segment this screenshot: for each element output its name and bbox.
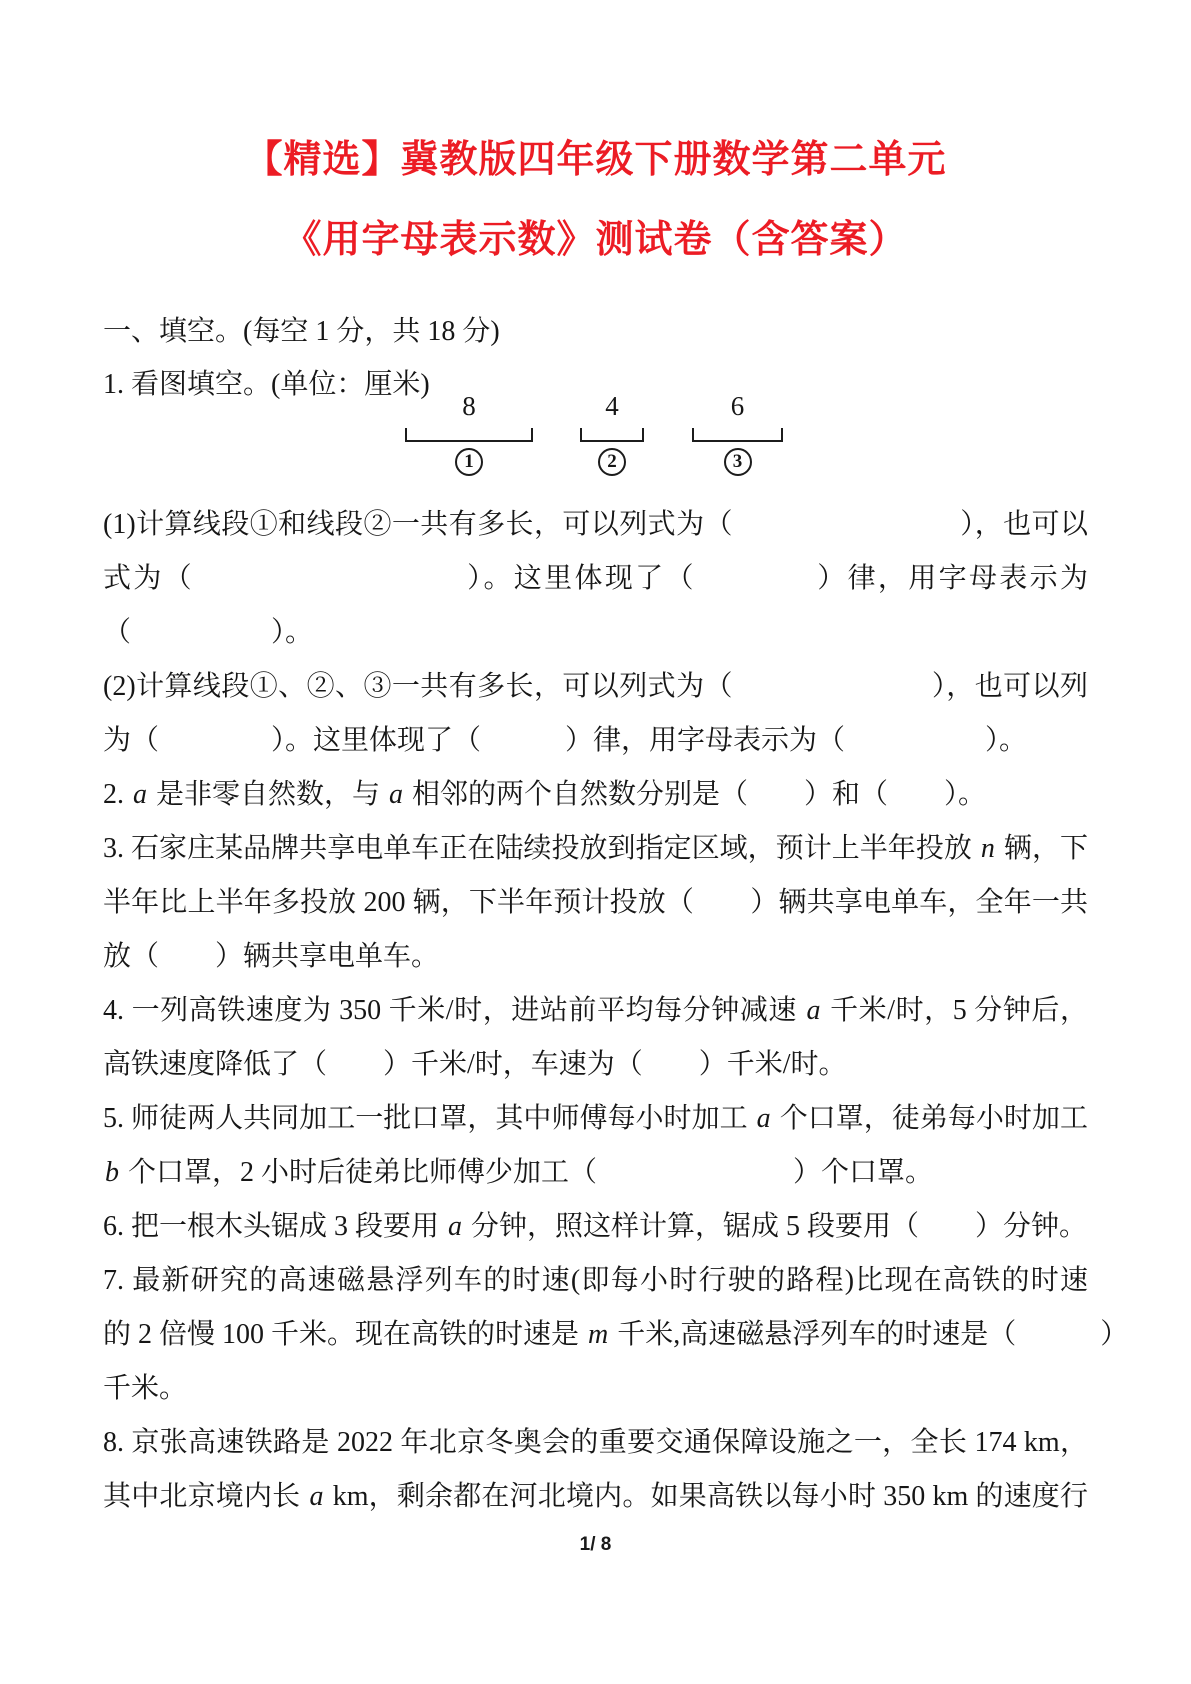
text-line: 式为（ ）。这里体现了（ ）律，用字母表示为 [103,552,1088,606]
segment-2-bracket [580,428,644,442]
variable-letter: n [979,833,997,864]
text-line: 放（ ）辆共享电单车。 [103,930,1088,984]
variable-letter: a [805,995,823,1026]
text-line: 千米。 [103,1362,1088,1416]
segment-2-length: 4 [580,390,644,422]
question-lines: (1)计算线段①和线段②一共有多长，可以列式为（ ），也可以列式为（ ）。这里体… [103,498,1088,1524]
segment-2: 4 2 [580,390,644,490]
text-line: 6. 把一根木头锯成 3 段要用 a 分钟，照这样计算，锯成 5 段要用（ ）分… [103,1200,1088,1254]
segment-1-length: 8 [405,390,533,422]
variable-letter: a [387,779,405,810]
variable-letter: a [446,1211,464,1242]
segment-1: 8 1 [405,390,533,490]
variable-letter: a [308,1481,326,1512]
page-number: 1/ 8 [0,1534,1191,1556]
text-line: 半年比上半年多投放 200 辆，下半年预计投放（ ）辆共享电单车，全年一共投 [103,876,1088,930]
segment-3-bracket [692,428,783,442]
variable-letter: m [586,1319,610,1350]
segment-diagram: 8 1 4 2 6 3 [0,390,1191,490]
segment-1-bracket [405,428,533,442]
variable-letter: b [103,1157,121,1188]
text-line: 4. 一列高铁速度为 350 千米/时，进站前平均每分钟减速 a 千米/时，5 … [103,984,1088,1038]
segment-3: 6 3 [692,390,783,490]
segment-3-circled-number: 3 [724,448,752,476]
test-paper-page: 【精选】冀教版四年级下册数学第二单元 《用字母表示数》测试卷（含答案） 一、填空… [0,0,1191,1684]
text-line: 3. 石家庄某品牌共享电单车正在陆续投放到指定区域，预计上半年投放 n 辆，下 [103,822,1088,876]
segment-1-circled-number: 1 [455,448,483,476]
paper-title-line-2: 《用字母表示数》测试卷（含答案） [0,208,1191,263]
text-line: 2. a 是非零自然数，与 a 相邻的两个自然数分别是（ ）和（ ）。 [103,768,1088,822]
text-line: 的 2 倍慢 100 千米。现在高铁的时速是 m 千米,高速磁悬浮列车的时速是（… [103,1308,1088,1362]
text-line: 7. 最新研究的高速磁悬浮列车的时速(即每小时行驶的路程)比现在高铁的时速 [103,1254,1088,1308]
text-line: 其中北京境内长 a km，剩余都在河北境内。如果高铁以每小时 350 km 的速… [103,1470,1088,1524]
variable-letter: a [131,779,149,810]
segment-3-length: 6 [692,390,783,422]
text-line: 高铁速度降低了（ ）千米/时，车速为（ ）千米/时。 [103,1038,1088,1092]
text-line: 为（ ）。这里体现了（ ）律，用字母表示为（ ）。 [103,714,1088,768]
text-line: (2)计算线段①、②、③一共有多长，可以列式为（ ），也可以列式 [103,660,1088,714]
text-line: 8. 京张高速铁路是 2022 年北京冬奥会的重要交通保障设施之一，全长 174… [103,1416,1088,1470]
text-line: b 个口罩，2 小时后徒弟比师傅少加工（ ）个口罩。 [103,1146,1088,1200]
section-1-heading: 一、填空。(每空 1 分，共 18 分) [103,305,1088,359]
paper-title-line-1: 【精选】冀教版四年级下册数学第二单元 [0,128,1191,183]
segment-2-circled-number: 2 [598,448,626,476]
variable-letter: a [755,1103,773,1134]
text-line: (1)计算线段①和线段②一共有多长，可以列式为（ ），也可以列 [103,498,1088,552]
text-line: （ ）。 [103,606,1088,660]
text-line: 5. 师徒两人共同加工一批口罩，其中师傅每小时加工 a 个口罩，徒弟每小时加工 [103,1092,1088,1146]
